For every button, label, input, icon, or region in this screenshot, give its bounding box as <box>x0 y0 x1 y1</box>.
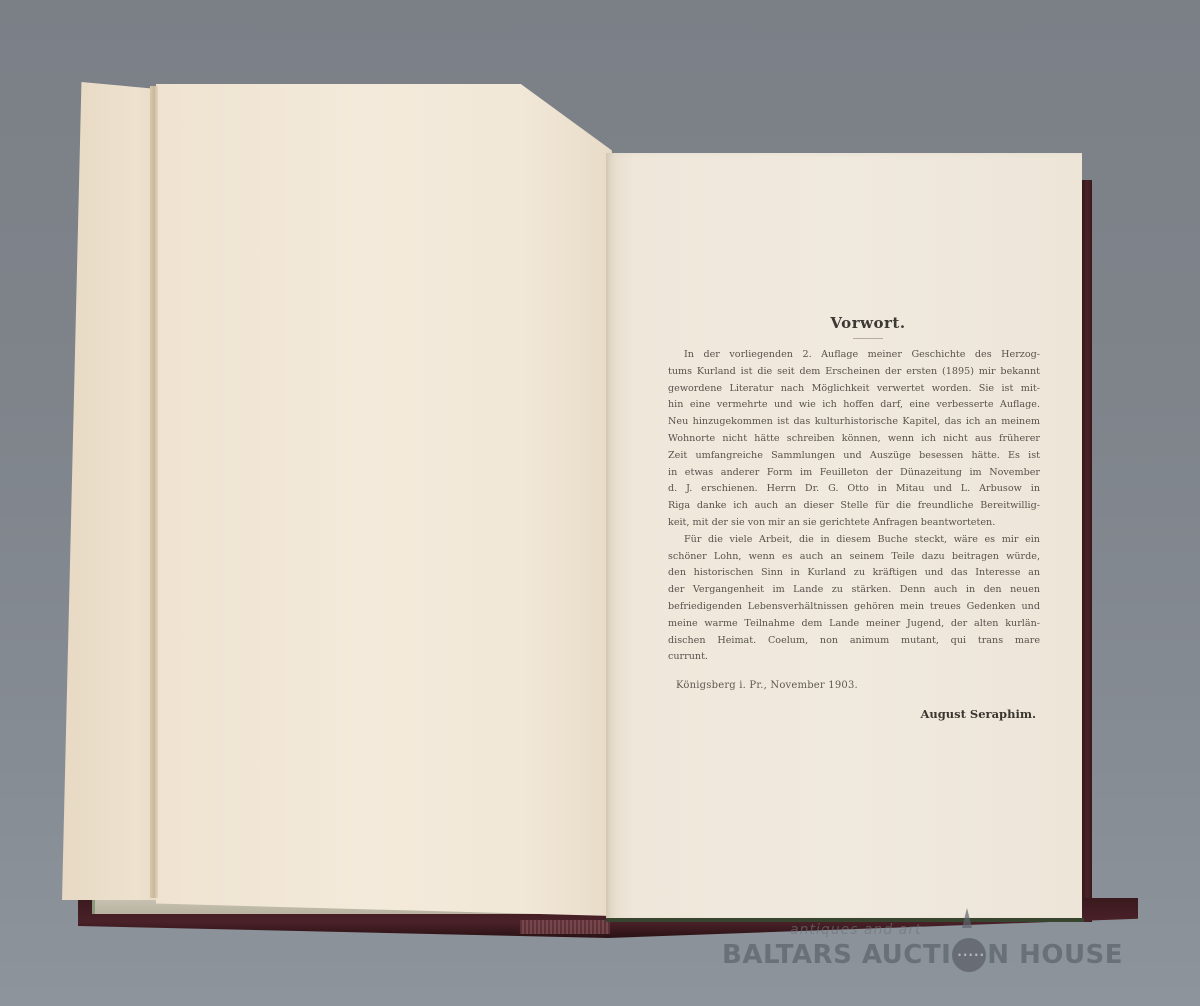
watermark-text-part2: N HOUSE <box>987 940 1123 970</box>
text-line: den historischen Sinn in Kurland zu kräf… <box>668 565 1040 582</box>
left-page-blank <box>156 84 612 916</box>
preface-paragraph-1: In der vorliegenden 2. Auflage meiner Ge… <box>668 347 1040 532</box>
photo-scene: Vorwort. In der vorliegenden 2. Auflage … <box>0 0 1200 1006</box>
text-line: Wohnorte nicht hätte schreiben können, w… <box>668 431 1040 448</box>
text-line: Riga danke ich auch an dieser Stelle für… <box>668 498 1040 515</box>
preface-heading: Vorwort. <box>696 314 1040 332</box>
text-line: schöner Lohn, wenn es auch an seinem Tei… <box>668 549 1040 566</box>
text-line: der Vergangenheit im Lande zu stärken. D… <box>668 582 1040 599</box>
place-and-date: Königsberg i. Pr., November 1903. <box>668 680 1040 691</box>
text-line: Für die viele Arbeit, die in diesem Buch… <box>668 532 1040 549</box>
watermark-logo: antiques and art BALTARS AUCTI N HOUSE <box>722 934 1122 978</box>
text-line: gewordene Literatur nach Möglichkeit ver… <box>668 381 1040 398</box>
text-line: hin eine vermehrte und wie ich hoffen da… <box>668 397 1040 414</box>
text-line: In der vorliegenden 2. Auflage meiner Ge… <box>668 347 1040 364</box>
watermark-text: BALTARS AUCTI N HOUSE <box>722 938 1123 972</box>
text-line: Zeit umfangreiche Sammlungen und Auszüge… <box>668 448 1040 465</box>
spire-icon <box>962 908 972 928</box>
text-line: in etwas anderer Form im Feuilleton der … <box>668 465 1040 482</box>
preface-text-block: Vorwort. In der vorliegenden 2. Auflage … <box>668 314 1040 721</box>
preface-paragraph-2: Für die viele Arbeit, die in diesem Buch… <box>668 532 1040 666</box>
watermark-tagline: antiques and art <box>790 922 922 938</box>
author-signature: August Seraphim. <box>668 707 1040 721</box>
text-line: tums Kurland ist die seit dem Erscheinen… <box>668 364 1040 381</box>
text-line: currunt. <box>668 649 1040 666</box>
text-line: befriedigenden Lebensverhältnissen gehör… <box>668 599 1040 616</box>
book-spine-headband <box>520 920 610 934</box>
text-line: d. J. erschienen. Herrn Dr. G. Otto in M… <box>668 481 1040 498</box>
watermark-text-part1: BALTARS AUCTI <box>722 940 951 970</box>
text-line: dischen Heimat. Coelum, non animum mutan… <box>668 633 1040 650</box>
text-line: Neu hinzugekommen ist das kulturhistoris… <box>668 414 1040 431</box>
left-gutter-fold <box>150 86 158 898</box>
text-line: meine warme Teilnahme dem Lande meiner J… <box>668 616 1040 633</box>
heading-rule <box>853 338 883 339</box>
text-line: keit, mit der sie von mir an sie gericht… <box>668 515 1040 532</box>
globe-o-icon <box>952 938 986 972</box>
